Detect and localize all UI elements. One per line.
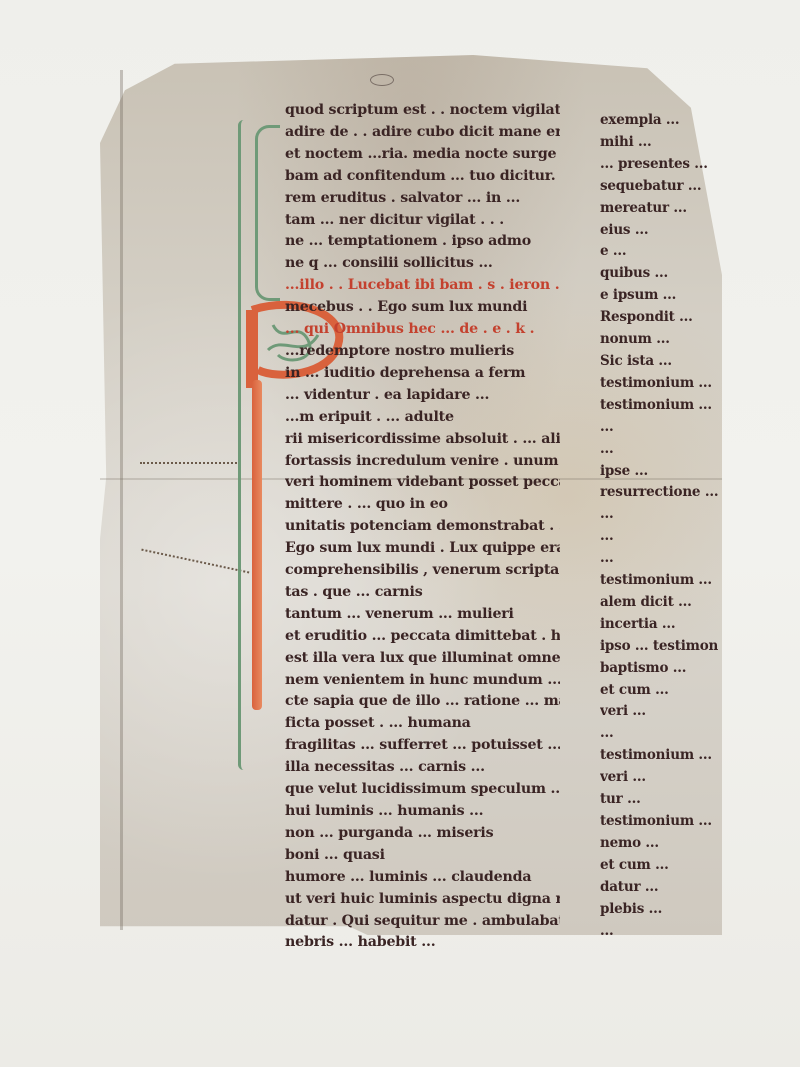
text-line: incertia ... — [600, 614, 718, 636]
text-line: boni ... quasi — [285, 845, 560, 867]
text-line: cte sapia que de illo ... ratione ... ma… — [285, 691, 560, 713]
text-line: tur ... — [600, 789, 718, 811]
text-line: baptismo ... — [600, 658, 718, 680]
text-line: ...redemptore nostro mulieris — [285, 341, 560, 363]
text-line: ... qui Omnibus hec ... de . e . k . — [285, 319, 560, 341]
text-line: et cum ... — [600, 680, 718, 702]
text-line: mihi ... — [600, 132, 718, 154]
text-line: ficta posset . ... humana — [285, 713, 560, 735]
text-line: testimonium ... — [600, 373, 718, 395]
text-line: bam ad confitendum ... tuo dicitur. Ad q… — [285, 166, 560, 188]
text-line: ... — [600, 921, 718, 943]
text-line: ... — [600, 439, 718, 461]
text-line: nem venientem in hunc mundum ... intelle — [285, 670, 560, 692]
text-line: eius ... — [600, 220, 718, 242]
text-line: mereatur ... — [600, 198, 718, 220]
binding-fold — [120, 70, 123, 930]
text-line: in ... iuditio deprehensa a ferm — [285, 363, 560, 385]
text-line: mittere . ... quo in eo — [285, 494, 560, 516]
green-vine-decoration — [238, 120, 249, 770]
text-line: testimonium ... — [600, 811, 718, 833]
text-line: veri ... — [600, 701, 718, 723]
text-line: est illa vera lux que illuminat omnem ho… — [285, 648, 560, 670]
text-line: ne q ... consilii sollicitus ... — [285, 253, 560, 275]
stitch-holes-upper — [140, 462, 240, 467]
text-line: comprehensibilis , venerum scripta dimit… — [285, 560, 560, 582]
text-line: ipso ... testimonium — [600, 636, 718, 658]
text-line: Respondit ... — [600, 307, 718, 329]
text-line: tam ... ner dicitur vigilat . . . — [285, 210, 560, 232]
text-line: nemo ... — [600, 833, 718, 855]
text-line: unitatis potenciam demonstrabat . ... di… — [285, 516, 560, 538]
text-line: e ... — [600, 241, 718, 263]
text-line: nonum ... — [600, 329, 718, 351]
text-line: ut veri huic luminis aspectu digna red — [285, 889, 560, 911]
text-line: exempla ... — [600, 110, 718, 132]
text-line: ... — [600, 417, 718, 439]
text-line: rem eruditus . salvator ... in ... — [285, 188, 560, 210]
text-line: resurrectione ... — [600, 482, 718, 504]
text-line: fortassis incredulum venire . unum ... q… — [285, 451, 560, 473]
text-line: datur . Qui sequitur me . ambulabat in t… — [285, 911, 560, 933]
initial-p-stem — [252, 380, 262, 710]
green-initial-decoration — [255, 125, 280, 301]
text-line: quod scriptum est . . noctem vigilat spi… — [285, 100, 560, 122]
text-line: Sic ista ... — [600, 351, 718, 373]
text-line: ... — [600, 504, 718, 526]
text-line: mecebus . . Ego sum lux mundi — [285, 297, 560, 319]
text-line: adire de . . adire cubo dicit mane eranc… — [285, 122, 560, 144]
text-line: hui luminis ... humanis ... — [285, 801, 560, 823]
text-line: ... — [600, 526, 718, 548]
text-line: tantum ... venerum ... mulieri — [285, 604, 560, 626]
text-line: ...illo . . Lucebat ibi bam . s . ieron … — [285, 275, 560, 297]
text-line: nebris ... habebit ... — [285, 932, 560, 954]
text-line: alem dicit ... — [600, 592, 718, 614]
text-column-right: exempla ...mihi ...... presentes ...sequ… — [600, 110, 718, 942]
text-line: illa necessitas ... carnis ... — [285, 757, 560, 779]
text-line: ne ... temptationem . ipso admo — [285, 231, 560, 253]
text-line: non ... purganda ... miseris — [285, 823, 560, 845]
text-line: veri hominem videbant posset peccata di — [285, 472, 560, 494]
text-line: et cum ... — [600, 855, 718, 877]
text-line: rii misericordissime absoluit . ... aliq… — [285, 429, 560, 451]
text-line: et noctem ...ria. media nocte surge — [285, 144, 560, 166]
text-line: plebis ... — [600, 899, 718, 921]
text-line: testimonium ... — [600, 570, 718, 592]
text-line: ...m eripuit . ... adulte — [285, 407, 560, 429]
text-line: datur ... — [600, 877, 718, 899]
text-line: e ipsum ... — [600, 285, 718, 307]
text-line: et eruditio ... peccata dimittebat . hec — [285, 626, 560, 648]
text-line: veri ... — [600, 767, 718, 789]
text-line: sequebatur ... — [600, 176, 718, 198]
text-line: testimonium ... — [600, 395, 718, 417]
text-line: ... — [600, 548, 718, 570]
text-line: ... videntur . ea lapidare ... — [285, 385, 560, 407]
text-column-left: quod scriptum est . . noctem vigilat spi… — [285, 100, 560, 954]
text-line: testimonium ... — [600, 745, 718, 767]
text-line: humore ... luminis ... claudenda — [285, 867, 560, 889]
text-line: ipse ... — [600, 461, 718, 483]
text-line: ... — [600, 723, 718, 745]
text-line: que velut lucidissimum speculum ... — [285, 779, 560, 801]
library-stamp — [370, 74, 394, 86]
text-line: ... presentes ... — [600, 154, 718, 176]
text-line: Ego sum lux mundi . Lux quippe erat in — [285, 538, 560, 560]
text-line: quibus ... — [600, 263, 718, 285]
text-line: fragilitas ... sufferret ... potuisset .… — [285, 735, 560, 757]
text-line: tas . que ... carnis — [285, 582, 560, 604]
